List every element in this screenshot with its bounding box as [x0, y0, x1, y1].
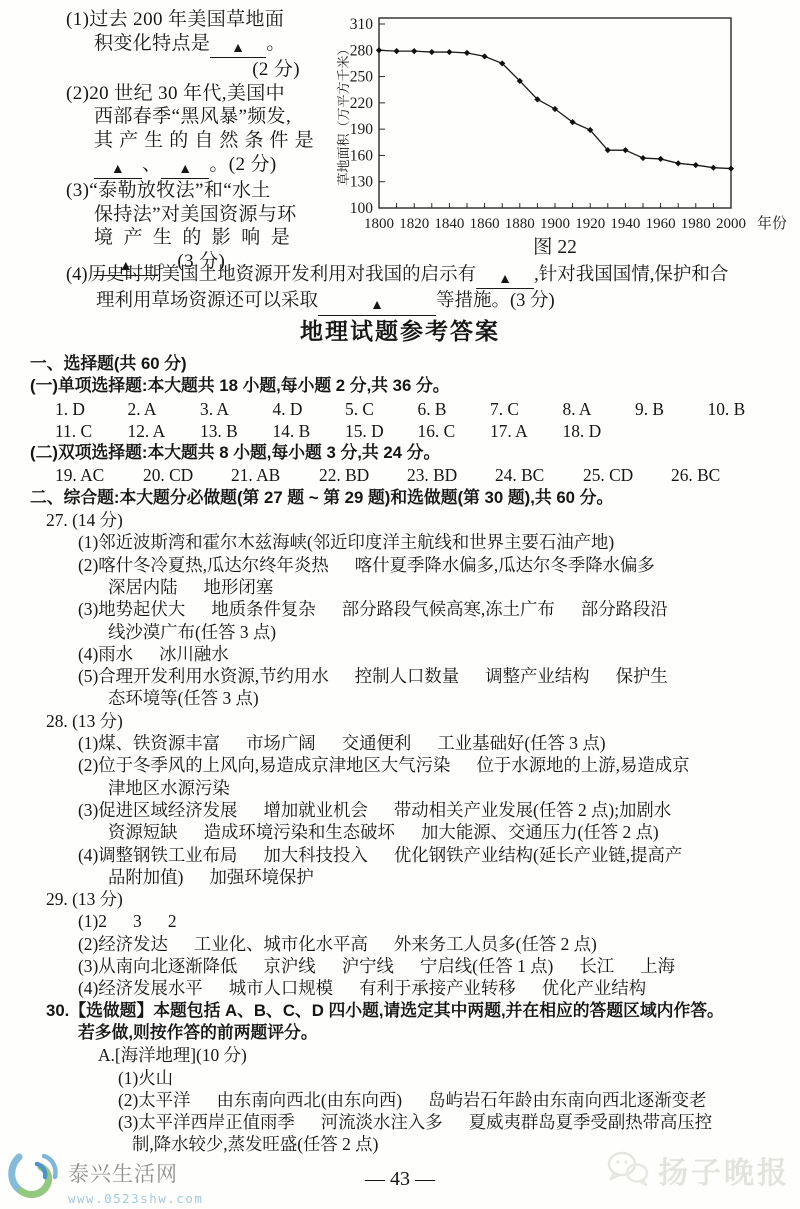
q2-line4: ▲、▲。(2 分)	[66, 153, 336, 179]
body-line: (4)雨水 冰川融水	[0, 643, 800, 665]
text-segment: (4)历史时期美国土地资源开发利用对我国的启示有	[66, 265, 476, 285]
body-line: (2)位于冬季风的上风向,易造成京津地区大气污染 位于水源地的上游,易造成京	[0, 754, 800, 776]
answer-item: 14. B	[273, 420, 346, 442]
q1-score: (2 分)	[66, 58, 336, 82]
body-line: (1)煤、铁资源丰富 市场广阔 交通便利 工业基础好(任答 3 点)	[0, 732, 800, 754]
q2-line2: 西部春季“黑风暴”频发,	[66, 105, 336, 129]
intro-questions: (1)过去 200 年美国草地面 积变化特点是▲。 (2 分) (2)20 世纪…	[66, 8, 336, 276]
body-line: 线沙漠广布(任答 3 点)	[0, 621, 800, 643]
q2-line3: 其产生的自然条件是	[66, 129, 336, 153]
answer-key-heading: 地理试题参考答案	[0, 313, 800, 346]
triangle-mark: ▲	[498, 272, 512, 287]
body-line: 19. AC20. CD21. AB22. BD23. BD24. BC25. …	[0, 464, 800, 486]
answer-item: 21. AB	[231, 464, 319, 486]
body-line: 津地区水源污染	[0, 777, 800, 799]
svg-text:2000: 2000	[716, 216, 746, 232]
answer-item: 5. C	[345, 398, 418, 420]
svg-text:1980: 1980	[681, 216, 711, 232]
body-line: 深居内陆 地形闭塞	[0, 576, 800, 598]
svg-text:1840: 1840	[434, 216, 464, 232]
body-line: (5)合理开发利用水资源,节约用水 控制人口数量 调整产业结构 保护生	[0, 665, 800, 687]
body-line: (一)单项选择题:本大题共 18 小题,每小题 2 分,共 36 分。	[0, 375, 800, 397]
svg-text:160: 160	[350, 147, 374, 164]
q1-line1: (1)过去 200 年美国草地面	[66, 8, 336, 32]
watermark-text: 扬子晚报	[658, 1148, 790, 1192]
answer-item: 18. D	[563, 420, 636, 442]
svg-text:图 22: 图 22	[533, 236, 577, 258]
body-line: (3)促进区域经济发展 增加就业机会 带动相关产业发展(任答 2 点);加剧水	[0, 799, 800, 821]
answer-item: 6. B	[418, 398, 491, 420]
text-segment: 、	[142, 154, 161, 175]
intro-question-4: (4)历史时期美国土地资源开发利用对我国的启示有▲,针对我国国情,保护和合 理利…	[66, 263, 792, 316]
answer-item: 3. A	[200, 398, 273, 420]
body-line: (1)火山	[0, 1067, 800, 1089]
blank-underline: ▲	[161, 158, 209, 179]
text-segment: ,针对我国国情,保护和合	[534, 265, 728, 285]
answer-item: 17. A	[490, 420, 563, 442]
answer-item: 2. A	[128, 398, 201, 420]
answer-item: 1. D	[55, 398, 128, 420]
answer-item: 20. CD	[143, 464, 231, 486]
body-line: (4)经济发展水平 城市人口规模 有利于承接产业转移 优化产业结构	[0, 977, 800, 999]
text-segment: 等措施。(3 分)	[436, 291, 555, 311]
answer-item: 23. BD	[407, 464, 495, 486]
q3-line1: (3)“泰勒放牧法”和“水土	[66, 179, 336, 203]
footer: 泰兴生活网 www.0523shw.com — 43 — 扬子晚报	[0, 1146, 800, 1209]
svg-text:1960: 1960	[646, 216, 676, 232]
answer-item: 7. C	[490, 398, 563, 420]
body-line: 28. (13 分)	[0, 710, 800, 732]
body-line: 品附加值) 加强环境保护	[0, 866, 800, 888]
answer-item: 16. C	[418, 420, 491, 442]
answer-item: 8. A	[563, 398, 636, 420]
body-line: (2)喀什冬冷夏热,瓜达尔终年炎热 喀什夏季降水偏多,瓜达尔冬季降水偏多	[0, 554, 800, 576]
q1-line2: 积变化特点是▲。	[66, 32, 336, 58]
q4-line2: 理利用草场资源还可以采取▲等措施。(3 分)	[66, 289, 792, 315]
q4-line1: (4)历史时期美国土地资源开发利用对我国的启示有▲,针对我国国情,保护和合	[66, 263, 792, 289]
svg-text:220: 220	[350, 95, 374, 112]
svg-text:1820: 1820	[399, 216, 429, 232]
triangle-mark: ▲	[231, 41, 245, 56]
svg-text:250: 250	[350, 69, 374, 86]
svg-text:1880: 1880	[505, 216, 535, 232]
body-line: 资源短缺 造成环境污染和生态破坏 加大能源、交通压力(任答 2 点)	[0, 821, 800, 843]
body-line: 27. (14 分)	[0, 509, 800, 531]
q3-line3: 境产生的影响是	[66, 226, 336, 250]
body-line: 11. C12. A13. B14. B15. D16. C17. A18. D	[0, 420, 800, 442]
answer-lines: 一、选择题(共 60 分)(一)单项选择题:本大题共 18 小题,每小题 2 分…	[0, 353, 800, 1156]
svg-text:1940: 1940	[610, 216, 640, 232]
answer-item: 12. A	[128, 420, 201, 442]
text-segment: 。	[266, 33, 285, 54]
answer-item: 13. B	[200, 420, 273, 442]
svg-text:280: 280	[350, 42, 374, 59]
body-line: 29. (13 分)	[0, 888, 800, 910]
wechat-icon	[604, 1148, 652, 1192]
body-line: 一、选择题(共 60 分)	[0, 353, 800, 375]
svg-text:1800: 1800	[364, 216, 394, 232]
body-line: 二、综合题:本大题分必做题(第 27 题 ~ 第 29 题)和选做题(第 30 …	[0, 487, 800, 509]
body-line: (2)太平洋 由东南向西北(由东向西) 岛屿岩石年龄由东南向西北逐渐变老	[0, 1089, 800, 1111]
answer-item: 24. BC	[495, 464, 583, 486]
svg-text:草地面积（万平方千米）: 草地面积（万平方千米）	[336, 42, 351, 185]
text-segment: 积变化特点是	[94, 33, 210, 54]
exam-answer-page: (1)过去 200 年美国草地面 积变化特点是▲。 (2 分) (2)20 世纪…	[0, 0, 800, 1209]
q3-line2: 保持法”对美国资源与环	[66, 203, 336, 227]
answer-item: 11. C	[55, 420, 128, 442]
svg-text:130: 130	[350, 174, 374, 191]
svg-text:1860: 1860	[470, 216, 500, 232]
blank-underline: ▲	[476, 269, 534, 289]
text-segment: 理利用草场资源还可以采取	[96, 291, 318, 311]
body-line: (2)经济发达 工业化、城市化水平高 外来务工人员多(任答 2 点)	[0, 933, 800, 955]
body-line: (1)2 3 2	[0, 910, 800, 932]
site-url: www.0523shw.com	[68, 1191, 203, 1206]
body-line: (3)太平洋西岸正值雨季 河流淡水注入多 夏威夷群岛夏季受副热带高压控	[0, 1111, 800, 1133]
answer-item: 25. CD	[583, 464, 671, 486]
body-line: 30.【选做题】本题包括 A、B、C、D 四小题,请选定其中两题,并在相应的答题…	[0, 1000, 800, 1022]
answer-item: 19. AC	[55, 464, 143, 486]
body-line: (4)调整钢铁工业布局 加大科技投入 优化钢铁产业结构(延长产业链,提高产	[0, 844, 800, 866]
body-line: 若多做,则按作答的前两题评分。	[0, 1022, 800, 1044]
svg-text:1920: 1920	[575, 216, 605, 232]
body-line: 1. D2. A3. A4. D5. C6. B7. C8. A9. B10. …	[0, 398, 800, 420]
body-line: 态环境等(任答 3 点)	[0, 687, 800, 709]
blank-underline: ▲	[210, 37, 266, 58]
answer-item: 9. B	[635, 398, 708, 420]
triangle-mark: ▲	[178, 162, 192, 177]
svg-text:年份: 年份	[757, 214, 787, 232]
text-segment: 。(2 分)	[209, 154, 276, 175]
grassland-area-chart: 1001301601902202502803101800182018401860…	[333, 4, 797, 260]
watermark: 扬子晚报	[604, 1148, 790, 1192]
answer-item: 22. BD	[319, 464, 407, 486]
answer-item: 4. D	[273, 398, 346, 420]
svg-text:190: 190	[350, 121, 374, 138]
answer-item: 15. D	[345, 420, 418, 442]
q2-line1: (2)20 世纪 30 年代,美国中	[66, 82, 336, 106]
blank-underline: ▲	[94, 158, 142, 179]
triangle-mark: ▲	[370, 298, 384, 313]
answer-item: 10. B	[708, 398, 781, 420]
svg-text:310: 310	[350, 16, 374, 33]
answer-item: 26. BC	[671, 464, 759, 486]
svg-text:100: 100	[350, 200, 374, 217]
figure-22-block: 1001301601902202502803101800182018401860…	[333, 4, 797, 260]
body-line: (3)从南向北逐渐降低 京沪线 沪宁线 宁启线(任答 1 点) 长江 上海	[0, 955, 800, 977]
body-line: (3)地势起伏大 地质条件复杂 部分路段气候高寒,冻土广布 部分路段沿	[0, 598, 800, 620]
body-line: (二)双项选择题:本大题共 8 小题,每小题 3 分,共 24 分。	[0, 442, 800, 464]
triangle-mark: ▲	[111, 162, 125, 177]
svg-text:1900: 1900	[540, 216, 570, 232]
body-line: (1)邻近波斯湾和霍尔木兹海峡(邻近印度洋主航线和世界主要石油产地)	[0, 531, 800, 553]
body-line: A.[海洋地理](10 分)	[0, 1044, 800, 1066]
